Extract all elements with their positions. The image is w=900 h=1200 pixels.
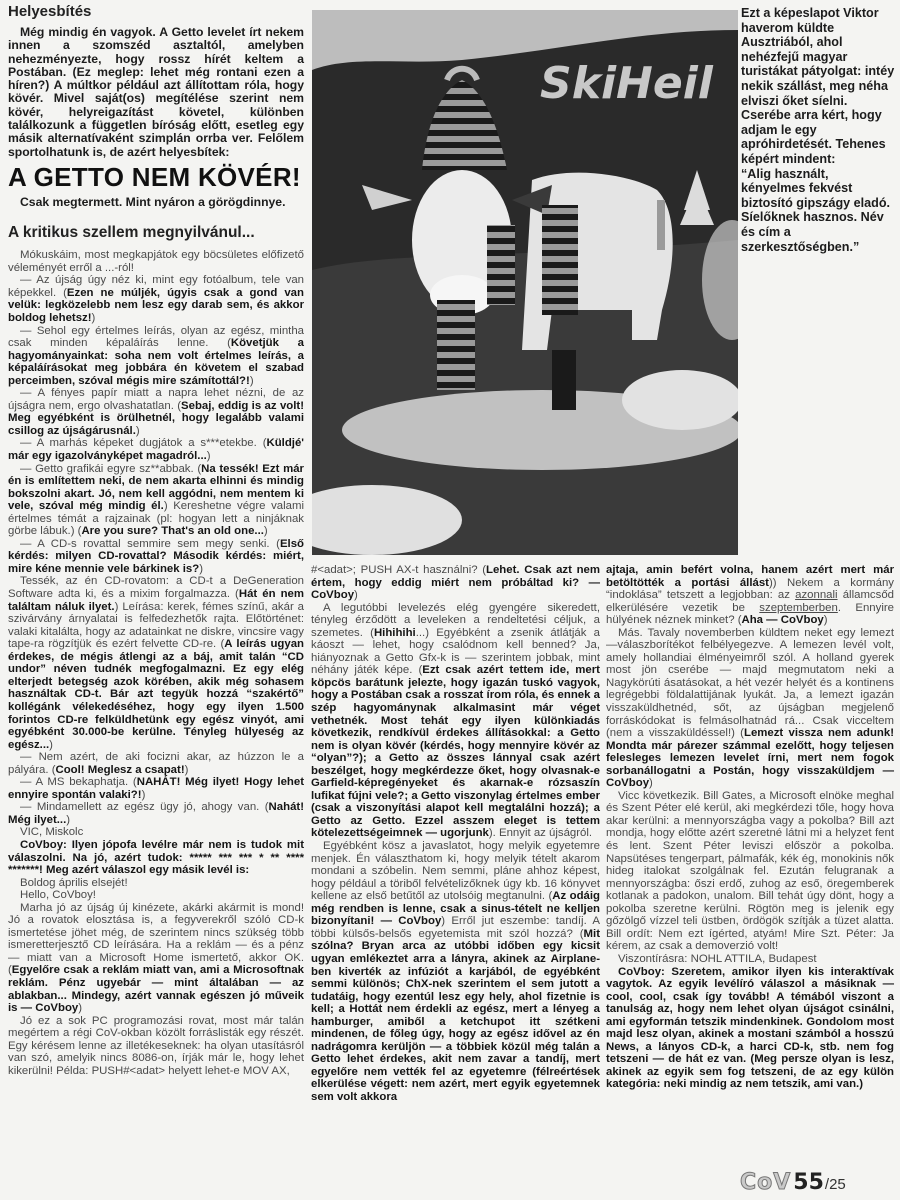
page-footer: CoV 55 /25: [740, 1170, 846, 1196]
issue-number: 55: [793, 1170, 824, 1195]
right-column: ajtaja, amin befért volna, hanem azért m…: [606, 564, 894, 1091]
letter-paragraph: #<adat>; PUSH AX-t használni? (Lehet. Cs…: [311, 564, 600, 602]
photo-caption: Ezt a képeslapot Viktor haverom küldte A…: [741, 6, 896, 254]
covboy-reply: CoVboy: Szeretem, amikor ilyen kis inter…: [606, 966, 894, 1091]
letter-paragraph: — A marhás képeket dugjátok a s***etekbe…: [8, 437, 304, 462]
page-number: /25: [825, 1176, 846, 1193]
letter-paragraph: — A MS bekaphatja. (NAHÁT! Még ilyet! Ho…: [8, 776, 304, 801]
covboy-reply: CoVboy: Ilyen jópofa levélre már nem is …: [8, 839, 304, 877]
letter-paragraph: A legutóbbi levelezés elég gyengére sike…: [311, 602, 600, 840]
letter-paragraph: Tessék, az én CD-rovatom: a CD-t a DeGen…: [8, 575, 304, 751]
letter-paragraph: Jó ez a sok PC programozási rovat, most …: [8, 1015, 304, 1078]
caption-ad-quote: “Alig használt, kényelmes fekvést biztos…: [741, 167, 896, 255]
letter-paragraph: — Nem azért, de aki focizni akar, az húz…: [8, 751, 304, 776]
big-headline: A GETTO NEM KÖVÉR!: [8, 162, 304, 192]
heading-correction: Helyesbítés: [8, 2, 304, 22]
signature: Viszontírásra: NOHL ATTILA, Budapest: [606, 953, 894, 966]
cow-skiheil-illustration: SkiHeil: [312, 10, 738, 555]
after-headline: Csak megtermett. Mint nyáron a görögdinn…: [8, 196, 304, 209]
letter-paragraph: ajtaja, amin befért volna, hanem azért m…: [606, 564, 894, 627]
heading-critic: A kritikus szellem megnyilvánul...: [8, 223, 304, 243]
svg-text:SkiHeil: SkiHeil: [540, 58, 714, 109]
signature: VIC, Miskolc: [8, 826, 304, 839]
letter-paragraph: Marha jó az újság új kinézete, akárki ak…: [8, 902, 304, 1015]
caption-text: Ezt a képeslapot Viktor haverom küldte A…: [741, 6, 896, 167]
letter-paragraph: — Getto grafikái egyre sz**abbak. (Na te…: [8, 463, 304, 538]
letter-paragraph: — Az újság úgy néz ki, mint egy fotóalbu…: [8, 274, 304, 324]
letter-paragraph: Mókuskáim, most megkapjátok egy böcsület…: [8, 249, 304, 274]
letter2-greeting: Hello, CoVboy!: [8, 889, 304, 902]
letter-paragraph: Egyébként kösz a javaslatot, hogy melyik…: [311, 840, 600, 1103]
letter-paragraph: — A CD-s rovattal semmire sem megy senki…: [8, 538, 304, 576]
postcard-photo: SkiHeil: [312, 10, 738, 555]
letter-paragraph: — A fényes papír miatt a napra lehet néz…: [8, 387, 304, 437]
letter-paragraph: — Sehol egy értelmes leírás, olyan az eg…: [8, 325, 304, 388]
joke-paragraph: Vicc következik. Bill Gates, a Microsoft…: [606, 790, 894, 953]
letter-paragraph: — Mindamellett az egész ügy jó, ahogy va…: [8, 801, 304, 826]
cov-logo: CoV: [740, 1170, 791, 1195]
correction-text: Még mindig én vagyok. A Getto levelet ír…: [8, 26, 304, 159]
left-column: Helyesbítés Még mindig én vagyok. A Gett…: [8, 0, 304, 1077]
middle-column: #<adat>; PUSH AX-t használni? (Lehet. Cs…: [311, 564, 600, 1104]
letter-paragraph: Más. Tavaly novemberben küldtem neket eg…: [606, 627, 894, 790]
letter2-greeting: Boldog április elsejét!: [8, 877, 304, 890]
